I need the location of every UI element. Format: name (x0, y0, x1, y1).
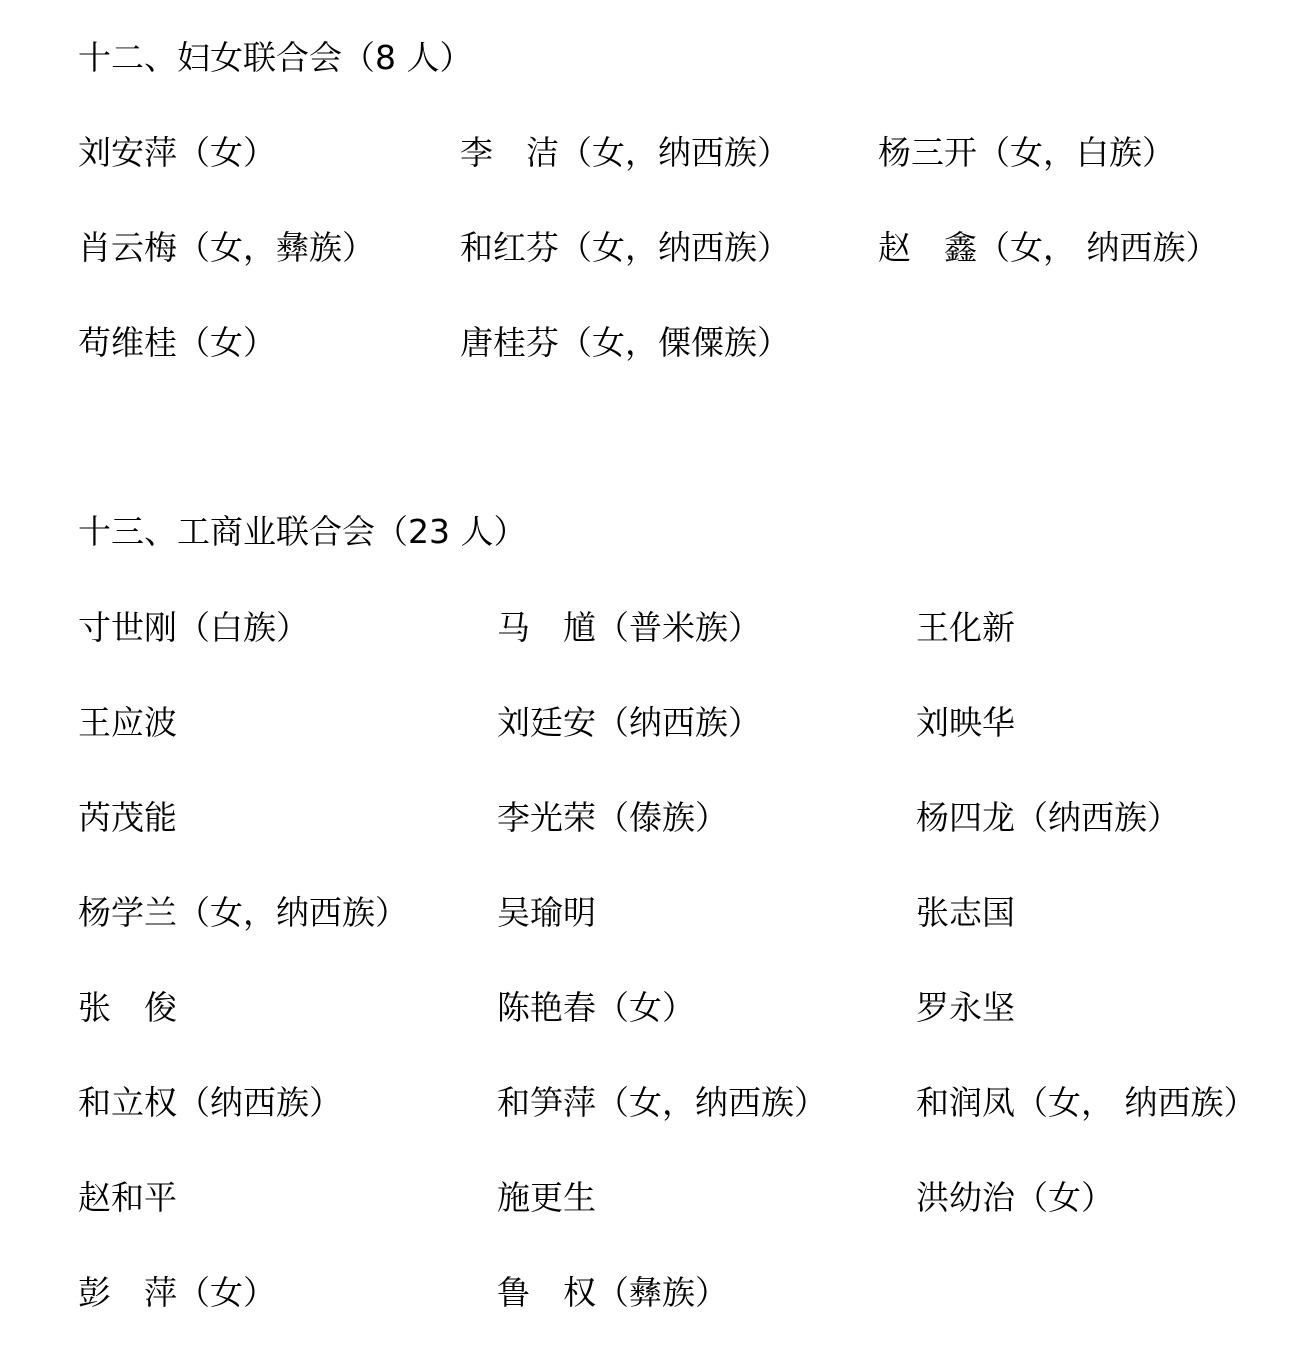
member-name: 刘廷安（纳西族） (497, 703, 761, 743)
section-heading: 十二、妇女联合会（8 人） (78, 38, 473, 78)
member-name: 苟维桂（女） (78, 323, 276, 363)
member-name: 唐桂芬（女，傈僳族） (460, 323, 790, 363)
member-name: 刘映华 (916, 703, 1015, 743)
member-name: 寸世刚（白族） (78, 608, 309, 648)
member-name: 杨学兰（女，纳西族） (78, 893, 408, 933)
section-heading: 十三、工商业联合会（23 人） (78, 512, 526, 552)
member-name: 鲁 权（彝族） (497, 1273, 728, 1313)
member-name: 李光荣（傣族） (497, 798, 728, 838)
member-name: 赵和平 (78, 1178, 177, 1218)
member-name: 杨四龙（纳西族） (916, 798, 1180, 838)
member-name: 李 洁（女，纳西族） (460, 133, 790, 173)
member-name: 和润凤（女， 纳西族） (916, 1083, 1257, 1123)
member-name: 陈艳春（女） (497, 988, 695, 1028)
member-name: 王应波 (78, 703, 177, 743)
member-name: 王化新 (916, 608, 1015, 648)
member-name: 杨三开（女，白族） (878, 133, 1175, 173)
member-name: 刘安萍（女） (78, 133, 276, 173)
member-name: 张志国 (916, 893, 1015, 933)
member-name: 和立权（纳西族） (78, 1083, 342, 1123)
member-name: 赵 鑫（女， 纳西族） (878, 228, 1219, 268)
member-name: 芮茂能 (78, 798, 177, 838)
member-name: 吴瑜明 (497, 893, 596, 933)
member-name: 罗永坚 (916, 988, 1015, 1028)
member-name: 施更生 (497, 1178, 596, 1218)
member-name: 彭 萍（女） (78, 1273, 276, 1313)
member-name: 和红芬（女，纳西族） (460, 228, 790, 268)
member-name: 和笋萍（女，纳西族） (497, 1083, 827, 1123)
member-name: 洪幼治（女） (916, 1178, 1114, 1218)
member-name: 张 俊 (78, 988, 177, 1028)
member-name: 马 馗（普米族） (497, 608, 761, 648)
member-name: 肖云梅（女，彝族） (78, 228, 375, 268)
